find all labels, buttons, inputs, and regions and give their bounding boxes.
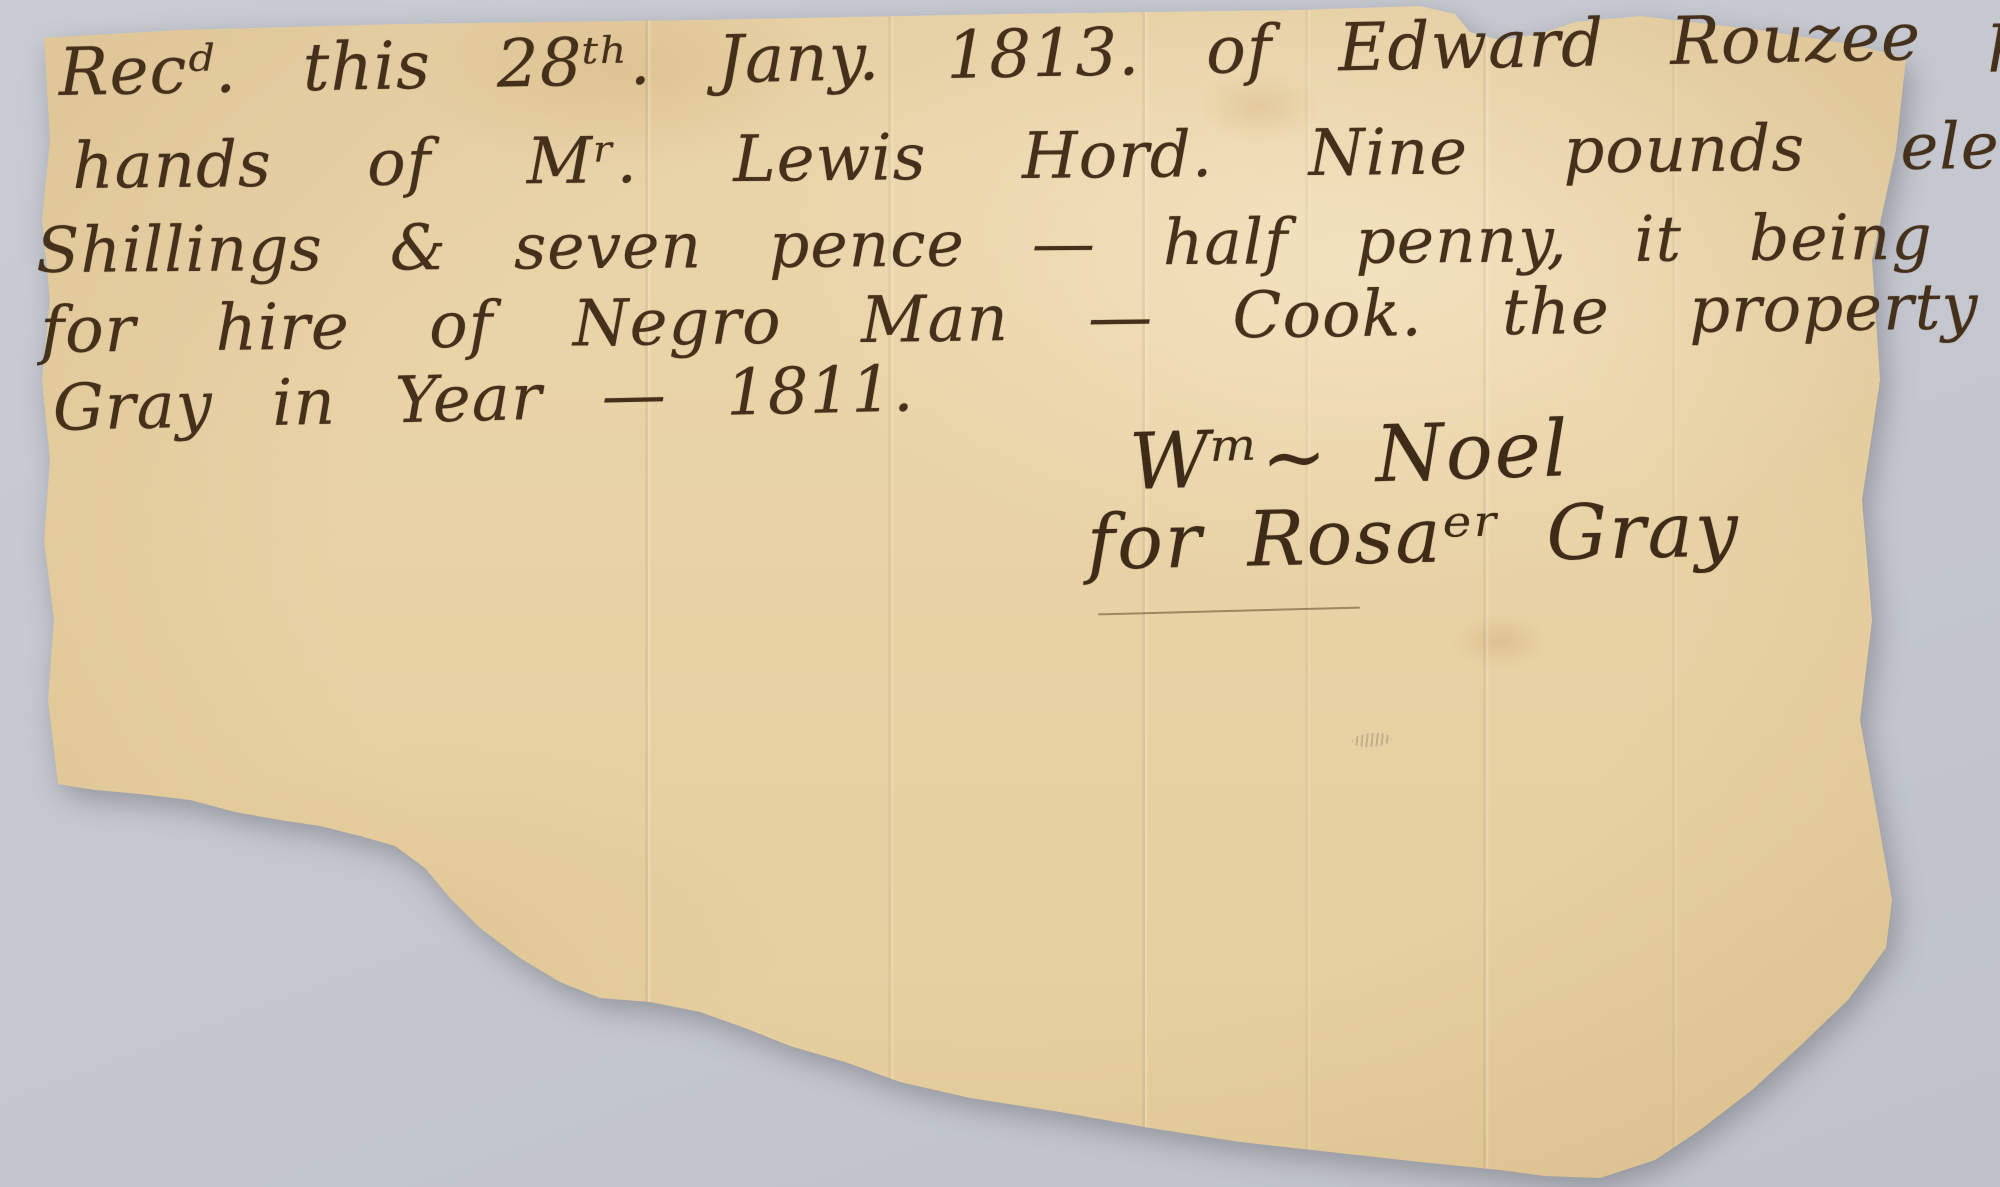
receipt-line-1: Recᵈ. this 28ᵗʰ. Jany. 1813. of Edward R… bbox=[58, 0, 2000, 111]
signature-flourish-line bbox=[1098, 607, 1360, 616]
handwriting-layer: Recᵈ. this 28ᵗʰ. Jany. 1813. of Edward R… bbox=[0, 0, 2000, 1187]
scan-background: Recᵈ. this 28ᵗʰ. Jany. 1813. of Edward R… bbox=[0, 0, 2000, 1187]
receipt-line-5: Gray in Year — 1811. bbox=[52, 352, 915, 446]
signature-for-roger-gray: for Rosaᵉʳ Gray bbox=[1086, 484, 1741, 587]
receipt-line-2: hands of Mʳ. Lewis Hord. Nine pounds ele… bbox=[72, 107, 2000, 204]
